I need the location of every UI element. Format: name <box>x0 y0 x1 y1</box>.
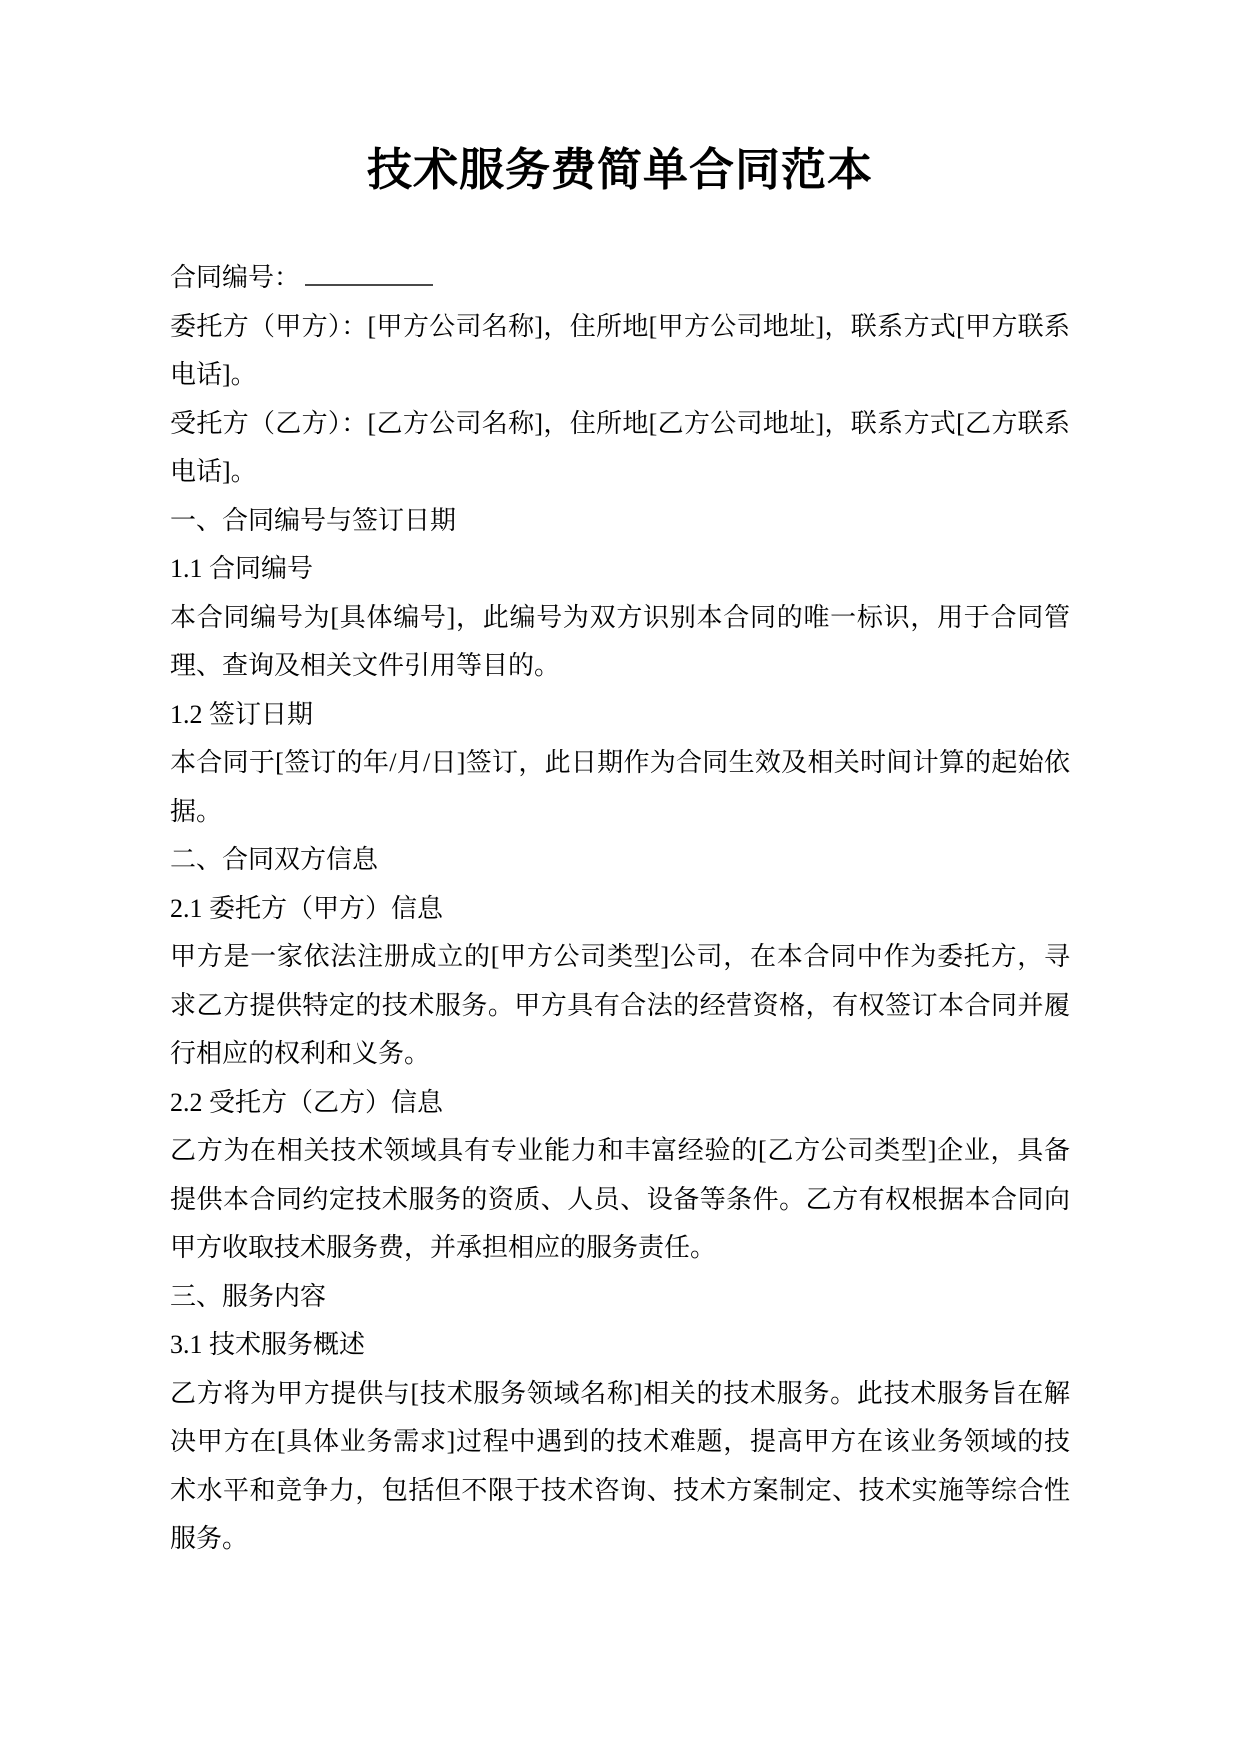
paragraph-2-1: 甲方是一家依法注册成立的[甲方公司类型]公司，在本合同中作为委托方，寻求乙方提供… <box>170 933 1070 1079</box>
paragraph-party-a: 委托方（甲方）：[甲方公司名称]，住所地[甲方公司地址]，联系方式[甲方联系电话… <box>170 303 1070 400</box>
paragraph-party-b: 受托方（乙方）：[乙方公司名称]，住所地[乙方公司地址]，联系方式[乙方联系电话… <box>170 400 1070 497</box>
heading-section-2: 二、合同双方信息 <box>170 836 1070 885</box>
paragraph-2-2: 乙方为在相关技术领域具有专业能力和丰富经验的[乙方公司类型]企业，具备提供本合同… <box>170 1127 1070 1273</box>
contract-number-blank <box>305 258 433 286</box>
heading-2-1: 2.1 委托方（甲方）信息 <box>170 885 1070 934</box>
contract-number-label: 合同编号： <box>170 263 300 292</box>
heading-1-2: 1.2 签订日期 <box>170 691 1070 740</box>
heading-section-3: 三、服务内容 <box>170 1273 1070 1322</box>
paragraph-3-1: 乙方将为甲方提供与[技术服务领域名称]相关的技术服务。此技术服务旨在解决甲方在[… <box>170 1370 1070 1564</box>
heading-section-1: 一、合同编号与签订日期 <box>170 497 1070 546</box>
heading-2-2: 2.2 受托方（乙方）信息 <box>170 1079 1070 1128</box>
heading-3-1: 3.1 技术服务概述 <box>170 1321 1070 1370</box>
contract-number-line: 合同编号： <box>170 254 1070 303</box>
paragraph-1-2: 本合同于[签订的年/月/日]签订，此日期作为合同生效及相关时间计算的起始依据。 <box>170 739 1070 836</box>
document-title: 技术服务费简单合同范本 <box>170 134 1070 206</box>
paragraph-1-1: 本合同编号为[具体编号]，此编号为双方识别本合同的唯一标识，用于合同管理、查询及… <box>170 594 1070 691</box>
heading-1-1: 1.1 合同编号 <box>170 545 1070 594</box>
contract-document-page: 技术服务费简单合同范本 合同编号： 委托方（甲方）：[甲方公司名称]，住所地[甲… <box>0 0 1240 1753</box>
